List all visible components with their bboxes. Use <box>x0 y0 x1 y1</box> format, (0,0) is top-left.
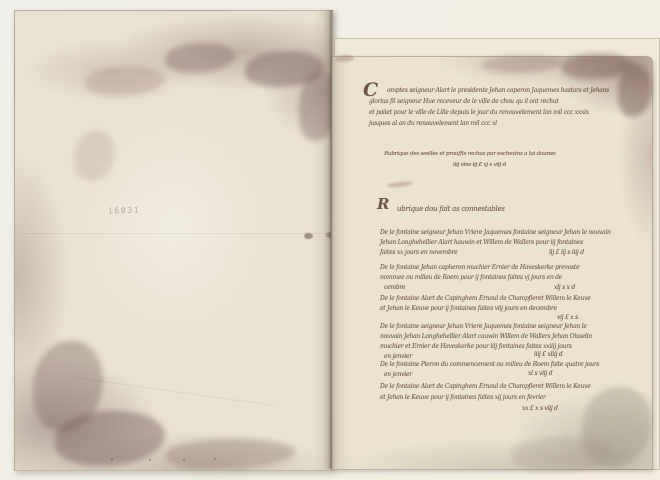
entry-line: De le fontaine Pieron du commencement ou… <box>380 361 599 368</box>
paragraph-line: jusques al an du renouvelement lan mil c… <box>369 120 497 127</box>
entry-line: De le fontaine Alart de Capinghem Ernoul… <box>380 383 591 390</box>
entry-line: De le fontaine seigneur Jehan Vriere Jaq… <box>380 323 587 330</box>
entry-amount: xx £ x s viij d <box>522 405 558 412</box>
right-page: C omptes seigneur Alart le presidente Je… <box>331 56 653 470</box>
entry-line: en jenvier <box>384 371 412 378</box>
entry-amount: vij £ x s <box>557 314 578 321</box>
entry-line: nouvain Jehan Longhehellier Alart cauwin… <box>380 333 592 340</box>
paragraph-line: et paiiet pour le ville de Lille depuis … <box>369 109 589 116</box>
marginal-mark <box>387 181 413 188</box>
stain-blob <box>165 439 295 469</box>
left-page: 16031 <box>14 10 333 471</box>
fold-crease <box>21 233 327 234</box>
entry-line: Jehan Longhehellier Alart hauwin et Will… <box>380 239 583 246</box>
dirt-speck <box>111 458 113 460</box>
stain-blob <box>482 55 562 73</box>
dirt-speck <box>214 458 216 460</box>
ink-spot <box>304 233 313 239</box>
entry-line: muchier et Ernier de Haveskerke pour iii… <box>380 343 572 350</box>
paragraph-line: omptes seigneur Alart le presidente Jeha… <box>387 87 609 94</box>
entry-amount: iij £ iij s iiij d <box>549 249 584 256</box>
heading-initial: R <box>377 197 389 212</box>
entry-amount: xlj s x d <box>554 284 575 291</box>
archive-number-stamp: 16031 <box>108 205 140 215</box>
paragraph-line: glorius fil seigneur Hue receveur de le … <box>369 98 559 105</box>
entry-line: faites xx jours en novembre <box>380 249 457 256</box>
entry-amount: xl s viij d <box>528 370 552 377</box>
entry-line: De le fontaine Jehan capheron muchier Er… <box>380 264 579 271</box>
stain-blob <box>55 411 165 466</box>
entry-line: nommee ou milieu de Roem pour ij fontain… <box>380 274 562 281</box>
rubric-summary-line: Rubrique des seelles et prouffis rechus … <box>384 151 556 157</box>
stain-blob <box>75 131 115 181</box>
heading-text: ubrique dou fait as connestables <box>397 205 505 213</box>
entry-line: et Jehan le Keuve pour ij fontaines fait… <box>380 394 546 401</box>
folio-mark <box>336 55 354 62</box>
entry-line: De le fontaine Alart de Capinghem Ernoul… <box>380 295 591 302</box>
rubric-summary-amount: iiij vins iij £ xj s viij d <box>453 162 506 168</box>
entry-amount: iiij £ xliij d <box>534 351 563 358</box>
entry-line: De le fontaine seigneur Jehan Vriere Jaq… <box>380 229 611 236</box>
entry-line: en jenvier <box>384 353 412 360</box>
entry-line: et Jehan le Keuve pour ij fontaines fait… <box>380 305 557 312</box>
manuscript-scan: 16031 C omptes seigneur Alart le preside… <box>0 0 660 480</box>
dirt-speck <box>149 459 151 461</box>
stain-blob <box>85 66 165 96</box>
stain-blob <box>165 43 235 73</box>
dirt-speck <box>183 459 185 461</box>
entry-line: cembre <box>384 284 405 291</box>
stain-blob <box>512 437 612 471</box>
stain-blob <box>618 65 652 117</box>
fold-crease <box>76 377 274 406</box>
